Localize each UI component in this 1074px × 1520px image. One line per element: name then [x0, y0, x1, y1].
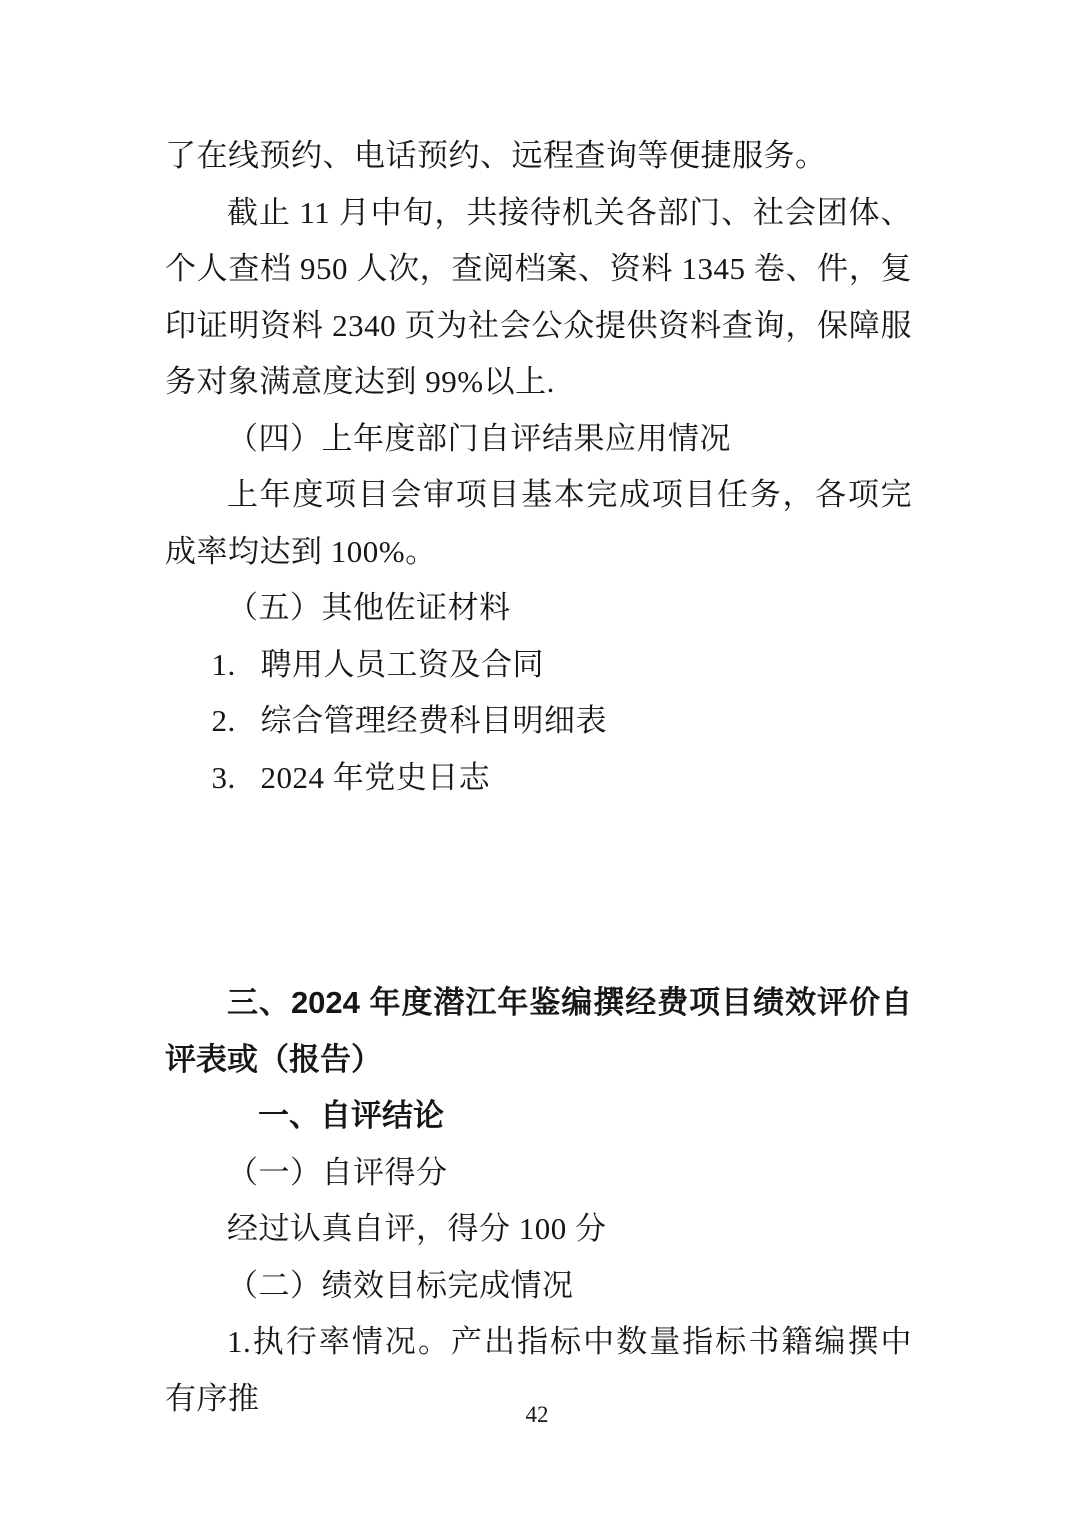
- paragraph-self-eval-score: 经过认真自评，得分 100 分: [165, 1201, 912, 1258]
- heading-section-four: （四）上年度部门自评结果应用情况: [165, 411, 912, 468]
- list-item-expense-detail-table: 2. 综合管理经费科目明细表: [165, 693, 912, 750]
- heading-performance-goal-completion: （二）绩效目标完成情况: [165, 1258, 912, 1315]
- paragraph-prior-year-results: 上年度项目会审项目基本完成项目任务，各项完成率均达到 100%。: [165, 467, 912, 580]
- paragraph-continuation-services: 了在线预约、电话预约、远程查询等便捷服务。: [165, 128, 912, 185]
- list-item-employment-contracts: 1. 聘用人员工资及合同: [165, 637, 912, 694]
- document-page: 了在线预约、电话预约、远程查询等便捷服务。 截止 11 月中旬，共接待机关各部门…: [0, 0, 1074, 1520]
- paragraph-reception-stats: 截止 11 月中旬，共接待机关各部门、社会团体、个人查档 950 人次，查阅档案…: [165, 185, 912, 411]
- list-item-party-history-log: 3. 2024 年党史日志: [165, 750, 912, 807]
- heading-self-eval-conclusion: 一、自评结论: [165, 1088, 912, 1145]
- page-number: 42: [0, 1400, 1074, 1430]
- heading-section-five: （五）其他佐证材料: [165, 580, 912, 637]
- heading-part-three: 三、2024 年度潜江年鉴编撰经费项目绩效评价自评表或（报告）: [165, 975, 912, 1088]
- document-body: 了在线预约、电话预约、远程查询等便捷服务。 截止 11 月中旬，共接待机关各部门…: [165, 128, 912, 1427]
- heading-self-eval-score: （一）自评得分: [165, 1145, 912, 1202]
